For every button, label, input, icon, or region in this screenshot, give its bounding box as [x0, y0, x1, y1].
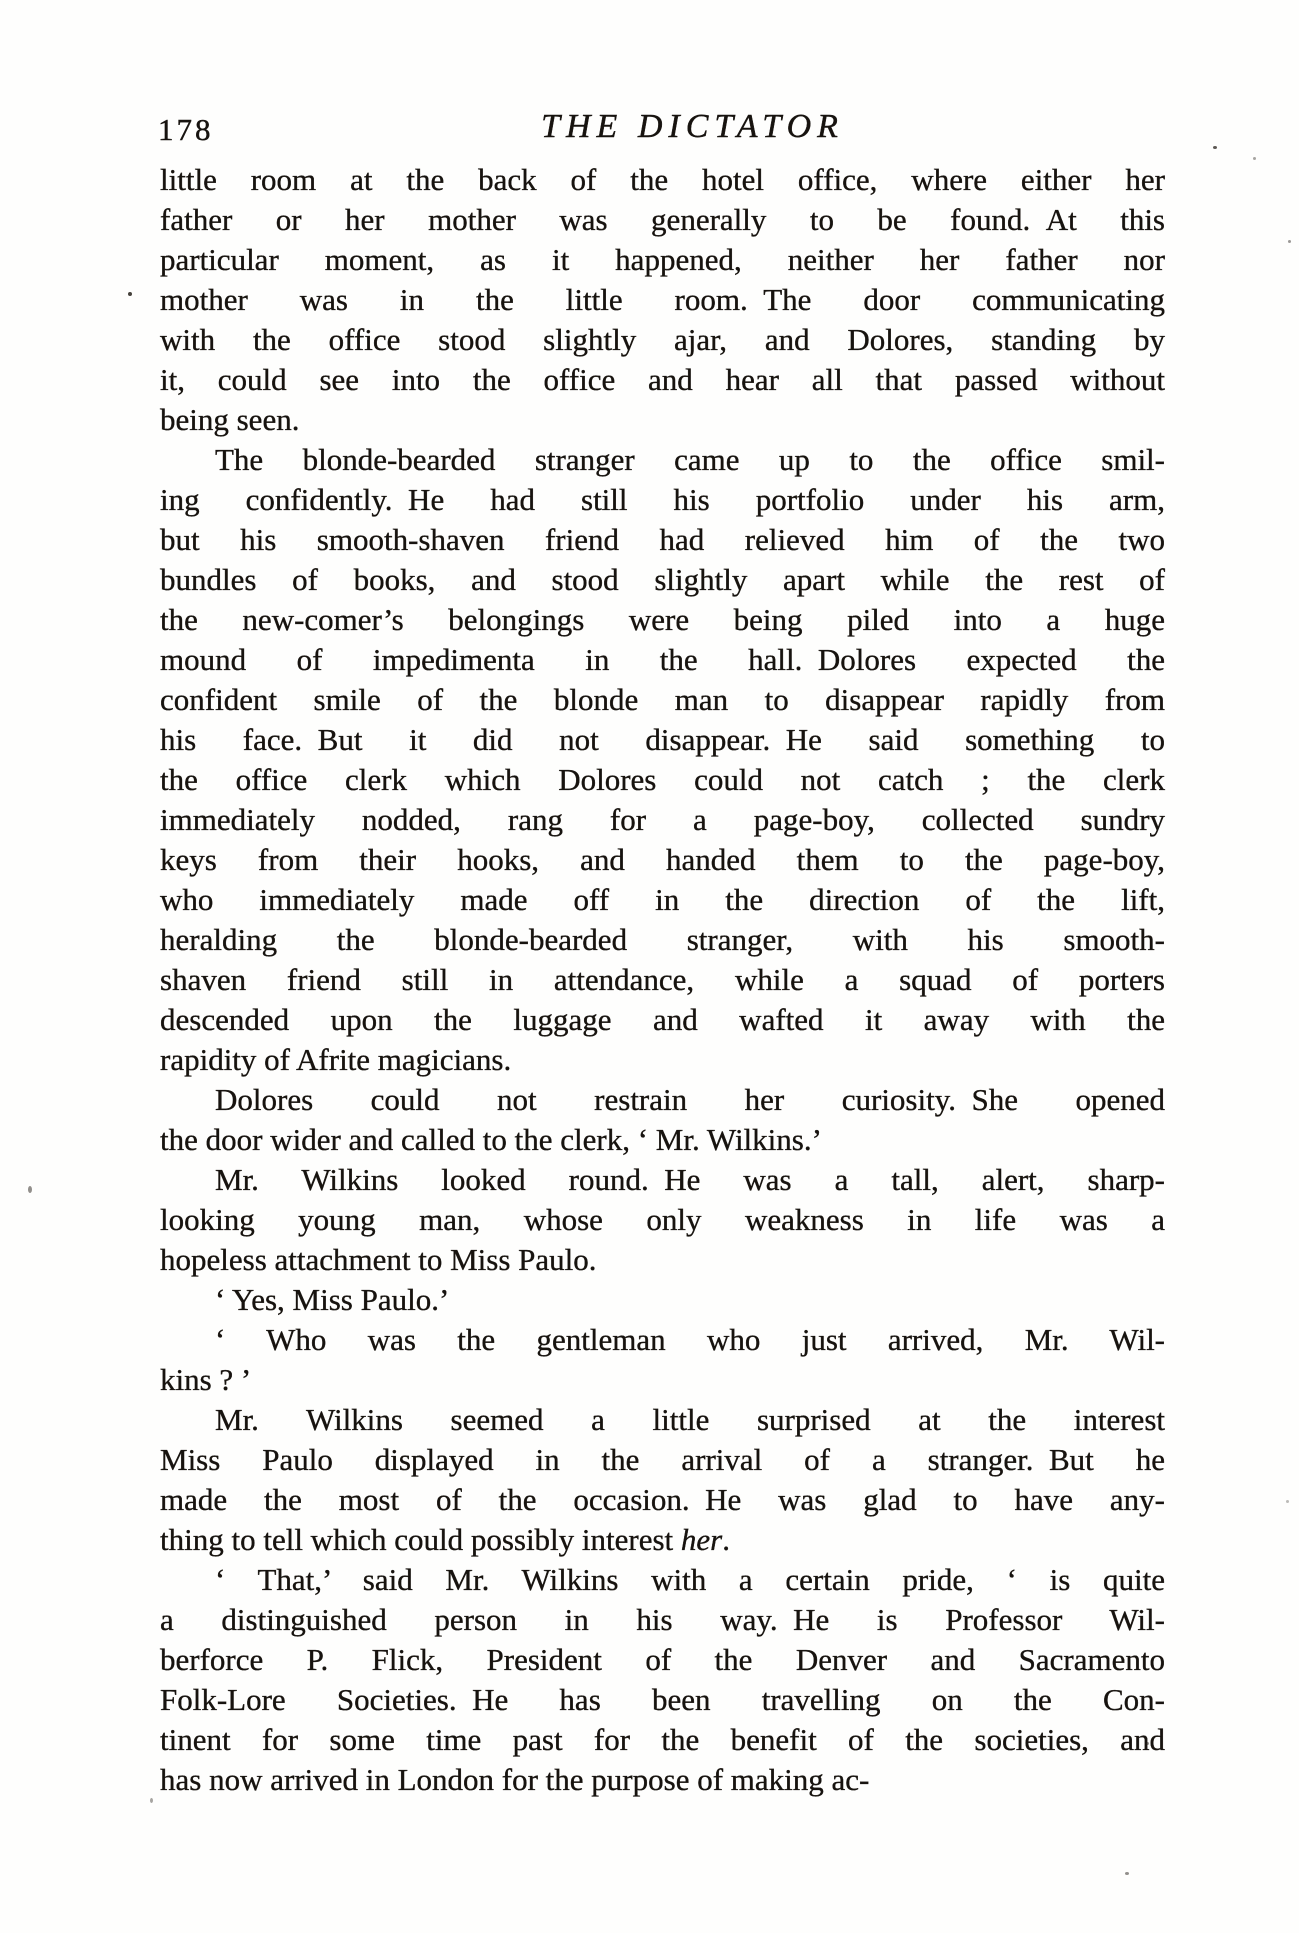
text-line: it, could see into the office and hear a… — [160, 360, 1165, 400]
text-line: rapidity of Afrite magicians. — [160, 1040, 1165, 1080]
text-line: the new-comer’s belongings were being pi… — [160, 600, 1165, 640]
text-line: mother was in the little room. The door … — [160, 280, 1165, 320]
text-line: berforce P. Flick, President of the Denv… — [160, 1640, 1165, 1680]
text-line: The blonde-bearded stranger came up to t… — [160, 440, 1165, 480]
ink-speck — [1125, 1872, 1129, 1875]
text-line: a distinguished person in his way. He is… — [160, 1600, 1165, 1640]
text-line: who immediately made off in the directio… — [160, 880, 1165, 920]
text-line: ‘ Yes, Miss Paulo.’ — [160, 1280, 1165, 1320]
text-line: heralding the blonde-bearded stranger, w… — [160, 920, 1165, 960]
text-line: Mr. Wilkins seemed a little surprised at… — [160, 1400, 1165, 1440]
text-line: the office clerk which Dolores could not… — [160, 760, 1165, 800]
text-line: made the most of the occasion. He was gl… — [160, 1480, 1165, 1520]
text-line: kins ? ’ — [160, 1360, 1165, 1400]
ink-speck — [128, 292, 132, 296]
ink-speck — [1253, 157, 1256, 160]
text-line: little room at the back of the hotel off… — [160, 160, 1165, 200]
text-line: ‘ Who was the gentleman who just arrived… — [160, 1320, 1165, 1360]
ink-speck — [1213, 146, 1217, 149]
running-header-title: THE DICTATOR — [190, 108, 1195, 146]
text-line: ‘ That,’ said Mr. Wilkins with a certain… — [160, 1560, 1165, 1600]
text-line: looking young man, whose only weakness i… — [160, 1200, 1165, 1240]
ink-speck — [28, 1186, 32, 1193]
text-line: being seen. — [160, 400, 1165, 440]
text-line: has now arrived in London for the purpos… — [160, 1760, 1165, 1800]
ink-speck — [150, 1798, 153, 1803]
text-line: Mr. Wilkins looked round. He was a tall,… — [160, 1160, 1165, 1200]
text-line: his face. But it did not disappear. He s… — [160, 720, 1165, 760]
book-page: 178 THE DICTATOR little room at the back… — [0, 0, 1299, 1933]
ink-speck — [1286, 1500, 1289, 1503]
text-line: bundles of books, and stood slightly apa… — [160, 560, 1165, 600]
text-line: but his smooth-shaven friend had relieve… — [160, 520, 1165, 560]
page-body: little room at the back of the hotel off… — [160, 160, 1165, 1800]
text-line: Folk-Lore Societies. He has been travell… — [160, 1680, 1165, 1720]
text-line: with the office stood slightly ajar, and… — [160, 320, 1165, 360]
text-line: keys from their hooks, and handed them t… — [160, 840, 1165, 880]
text-line: hopeless attachment to Miss Paulo. — [160, 1240, 1165, 1280]
text-line: tinent for some time past for the benefi… — [160, 1720, 1165, 1760]
text-line: particular moment, as it happened, neith… — [160, 240, 1165, 280]
text-line: confident smile of the blonde man to dis… — [160, 680, 1165, 720]
text-line: mound of impedimenta in the hall. Dolore… — [160, 640, 1165, 680]
text-line: descended upon the luggage and wafted it… — [160, 1000, 1165, 1040]
text-line: Dolores could not restrain her curiosity… — [160, 1080, 1165, 1120]
ink-speck — [1146, 1742, 1149, 1745]
text-line: shaven friend still in attendance, while… — [160, 960, 1165, 1000]
text-line: immediately nodded, rang for a page-boy,… — [160, 800, 1165, 840]
text-line: thing to tell which could possibly inter… — [160, 1520, 1165, 1560]
text-line: ing confidently. He had still his portfo… — [160, 480, 1165, 520]
text-line: father or her mother was generally to be… — [160, 200, 1165, 240]
text-line: the door wider and called to the clerk, … — [160, 1120, 1165, 1160]
ink-speck — [1288, 240, 1291, 243]
text-line: Miss Paulo displayed in the arrival of a… — [160, 1440, 1165, 1480]
